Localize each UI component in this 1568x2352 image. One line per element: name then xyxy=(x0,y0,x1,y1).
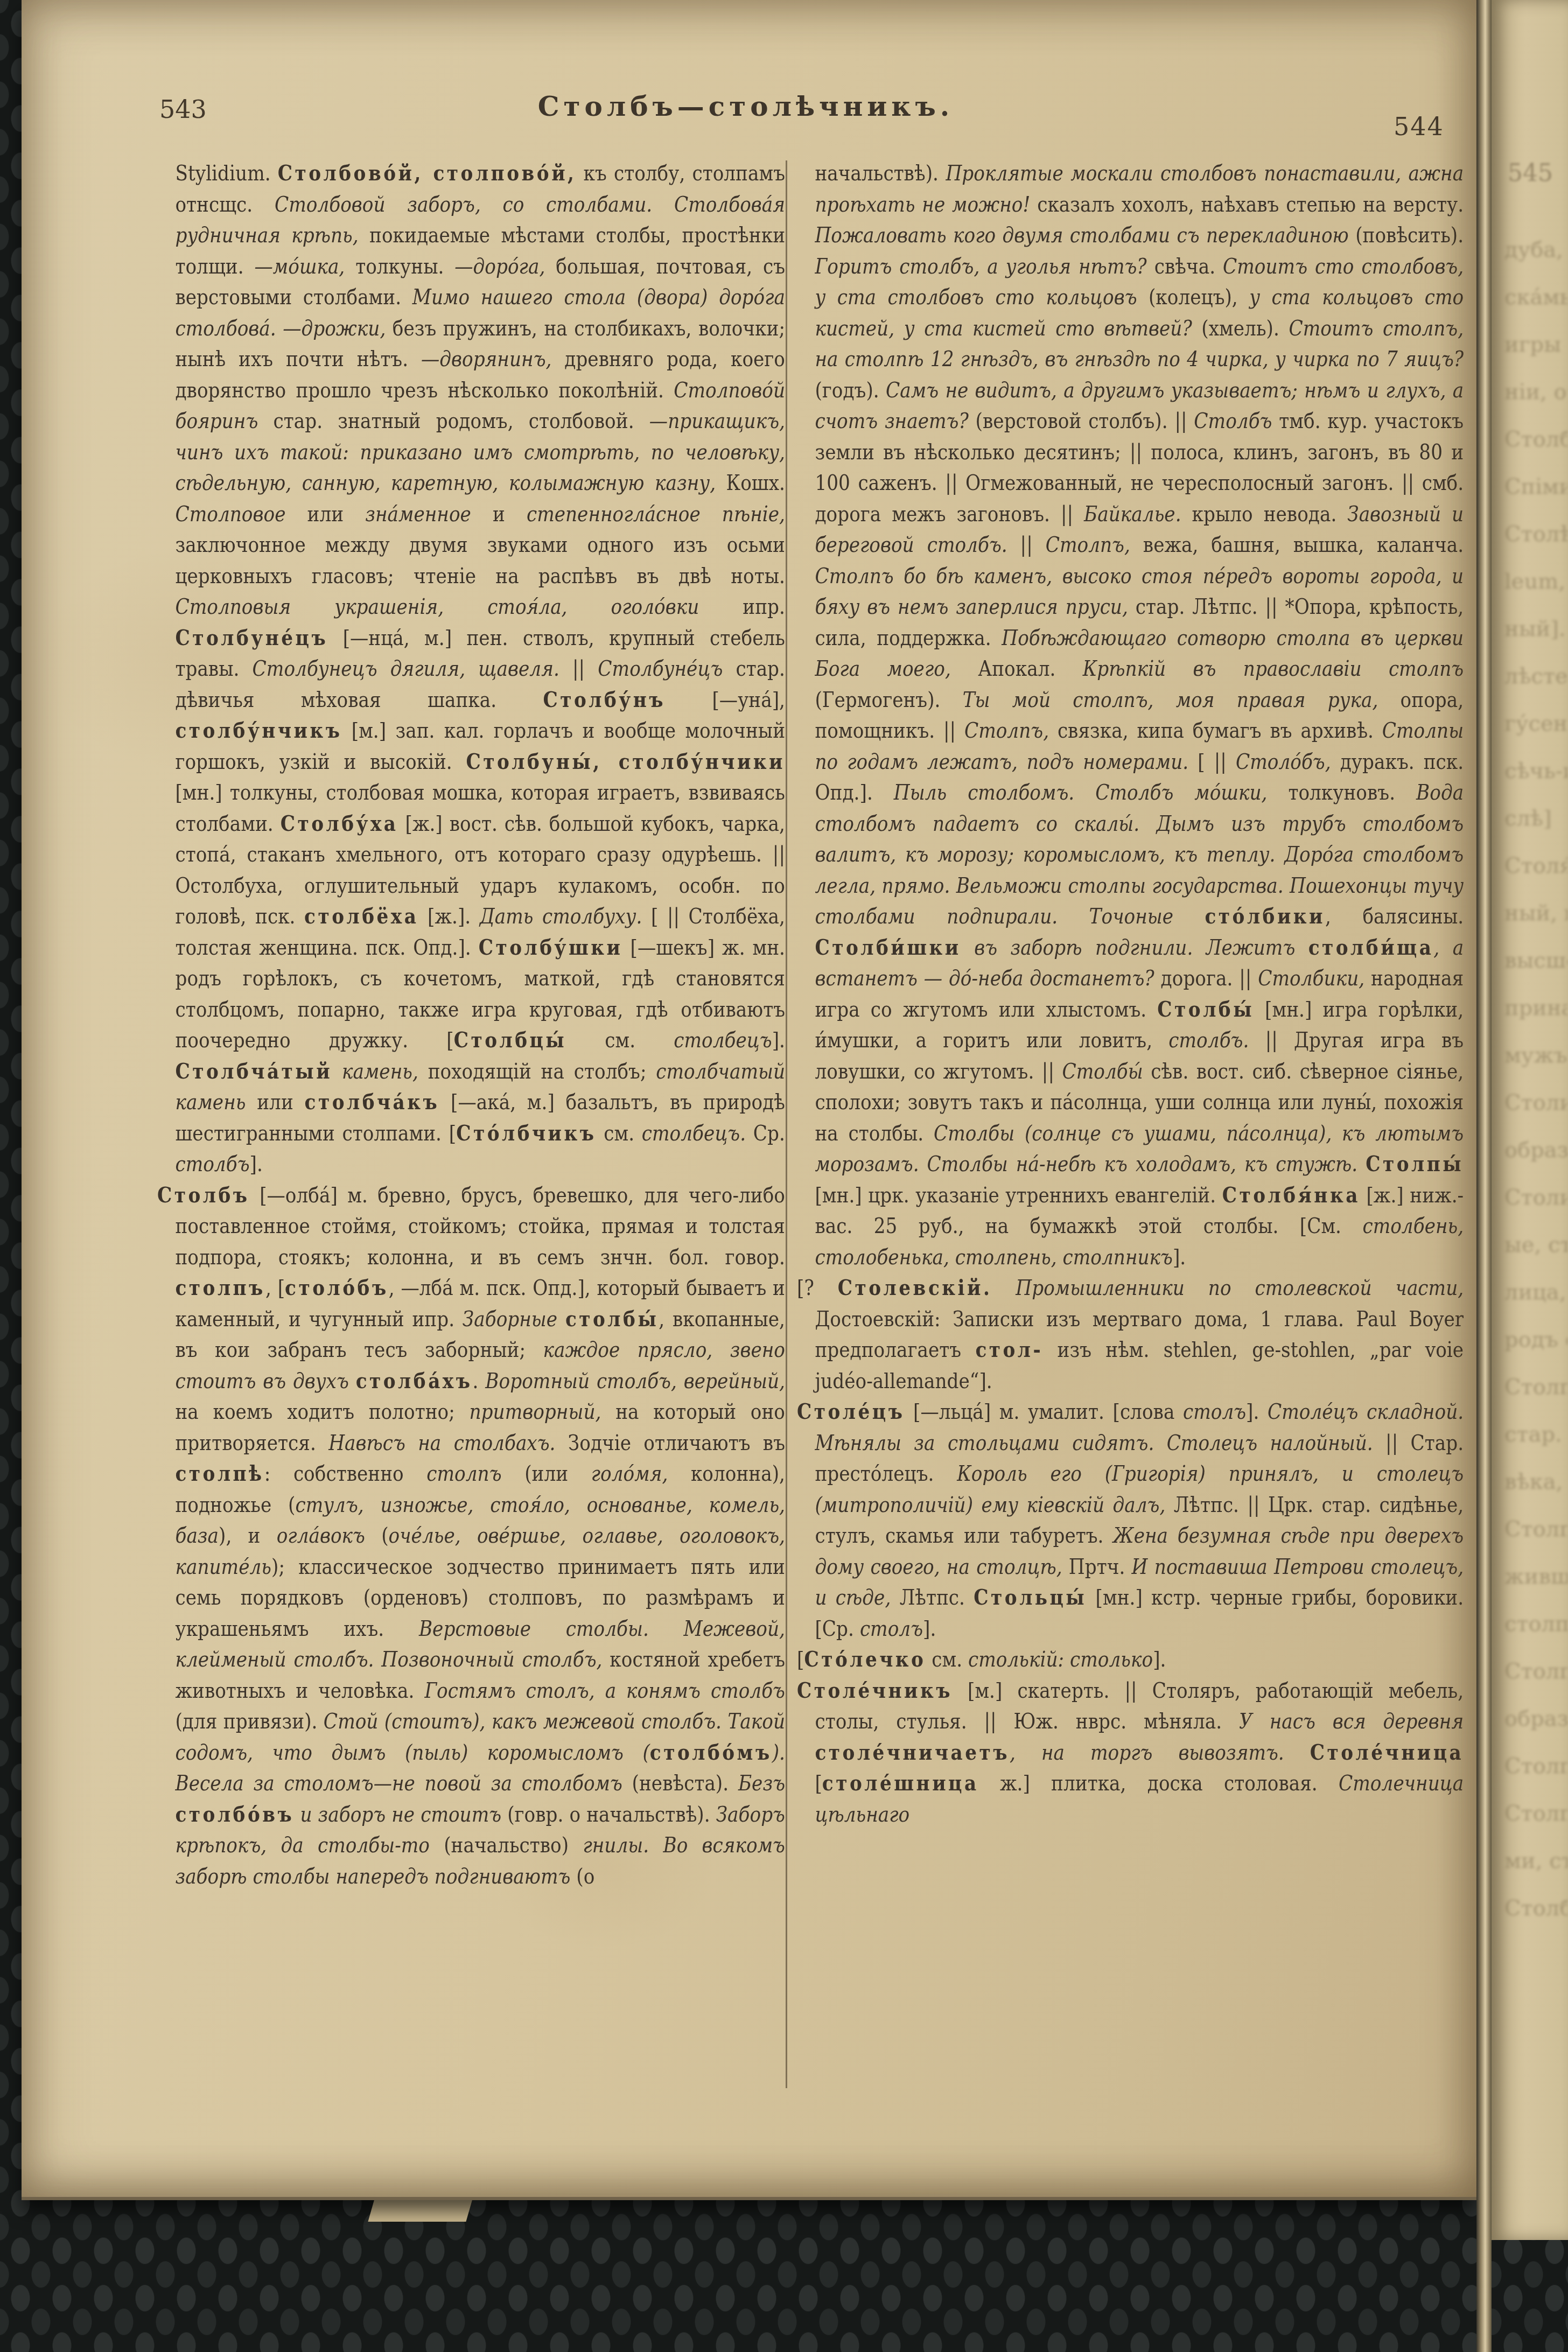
next-page-text-fragment: Столя́ша [ xyxy=(1504,842,1568,890)
text-run: (начальство) xyxy=(444,1833,583,1858)
text-run: Столбунецъ дягиля, щавеля. xyxy=(253,657,572,681)
text-run: Столбча́тый xyxy=(175,1059,332,1084)
text-run: Крѣпкій въ православіи столпъ xyxy=(1083,657,1464,681)
next-page-text-fragment: Столп xyxy=(1504,1790,1568,1837)
text-run: ). xyxy=(772,1741,785,1765)
text-run: —дворянинъ, xyxy=(421,347,564,372)
next-page-text-fragment: Столбкій с xyxy=(1504,416,1568,463)
text-run: свѣча. xyxy=(1154,255,1223,279)
text-run: Столбу́нъ xyxy=(543,688,666,712)
text-run: [ж.]. xyxy=(418,905,479,929)
text-run: [ || xyxy=(1198,750,1236,774)
next-page-text-fragment: игры жре xyxy=(1504,321,1568,368)
text-run: (для привязи). xyxy=(175,1710,323,1734)
text-run: стар. знатный родомъ, столбовой. xyxy=(274,409,649,433)
text-run: Сто́лечко xyxy=(804,1647,926,1672)
text-run: заключонное между двумя звуками одного и… xyxy=(175,533,785,589)
left-text-column: Stylidium. Столбово́й, столпово́й, къ ст… xyxy=(157,158,785,2145)
text-run: Воротный столбъ, верейный, xyxy=(485,1369,785,1394)
text-run: [—льца́] м. умалит. [слова xyxy=(905,1400,1183,1424)
text-run: Столповыя украшенія, стоя́ла, оголо́вки xyxy=(175,595,743,619)
text-run: сказалъ хохолъ, наѣхавъ степью на версту… xyxy=(1037,193,1464,217)
text-run: (о xyxy=(576,1865,594,1889)
text-run: на коемъ ходитъ полотно; xyxy=(175,1400,469,1424)
text-run: Столбы́ xyxy=(1062,1060,1151,1084)
running-head-title: Столбъ—столѣчникъ. xyxy=(528,90,964,123)
next-page-text-fragment: Столпн xyxy=(1504,1506,1568,1553)
dictionary-paragraph: начальствѣ). Проклятые москали столбовъ … xyxy=(797,158,1464,1273)
text-run: столбо́въ xyxy=(175,1802,294,1827)
next-page-text-fragment: гу́сениц xyxy=(1504,700,1568,747)
text-run: столпъ xyxy=(175,1276,265,1300)
text-run: столби́ща xyxy=(1308,935,1434,960)
text-run: столбъ xyxy=(175,1152,249,1177)
dictionary-paragraph: Столе́чникъ [м.] скатерть. || Столяръ, р… xyxy=(797,1676,1464,1831)
text-run: толкуновъ. xyxy=(1288,781,1416,805)
text-run: столе́шница xyxy=(822,1771,979,1796)
text-run: Столповое xyxy=(175,502,307,527)
text-run: толкуны. xyxy=(355,255,454,279)
next-page-text-fragment: ые, сто xyxy=(1504,1221,1568,1269)
next-page-text-column: дуба, спска́мьи,игры жреніи, отдѣСтолбкі… xyxy=(1504,226,1568,1932)
text-run: [—уна́], xyxy=(666,688,785,712)
text-run: камень, xyxy=(342,1060,428,1084)
text-run: || xyxy=(572,657,598,681)
text-run: столбы́ xyxy=(565,1307,659,1332)
text-run: Столе́чникъ xyxy=(797,1678,953,1703)
next-page-text-fragment: Столпъ xyxy=(1504,1363,1568,1411)
text-run: ]. xyxy=(1246,1400,1268,1424)
text-run: Столе́чница xyxy=(1310,1740,1464,1765)
text-run: Весела за столомъ—не повой за столбомъ xyxy=(175,1772,632,1796)
text-run: (Гермогенъ). xyxy=(815,688,962,712)
text-run: столбу́нчикъ xyxy=(175,718,342,743)
next-page-text-fragment: вѣка, с xyxy=(1504,1458,1568,1506)
text-run: см. xyxy=(566,1028,674,1053)
text-run: Пртч. xyxy=(1069,1555,1132,1579)
page-stack-gutter-edge xyxy=(1476,0,1492,2352)
text-run: Столбу́ха xyxy=(281,811,398,836)
text-run: Stylidium. xyxy=(175,162,277,186)
text-run: Ср. xyxy=(753,1122,785,1146)
text-run: Навѣсъ на столбахъ. xyxy=(328,1431,568,1455)
text-run: Горитъ столбъ, а уголья нѣтъ? xyxy=(815,255,1154,279)
next-page-text-fragment: стар. у xyxy=(1504,1411,1568,1458)
right-text-column: начальствѣ). Проклятые москали столбовъ … xyxy=(797,158,1464,2145)
next-page-text-fragment: слѣ] xyxy=(1504,795,1568,842)
next-page-text-fragment: сѣчь-изв xyxy=(1504,747,1568,795)
text-run: степенногла́сное пѣніе, xyxy=(527,502,785,527)
next-page-text-fragment: Столѣстве xyxy=(1504,510,1568,558)
text-run: , на торгъ вывозятъ. xyxy=(1010,1741,1310,1765)
text-run: сто́лбики xyxy=(1205,904,1326,929)
text-run: (повѣсить). xyxy=(1355,223,1464,248)
text-run: связка, кипа бумагъ въ архивѣ. xyxy=(1058,719,1382,743)
text-run: ж.] плитка, доска столовая. xyxy=(979,1772,1339,1796)
text-run: [мн.] црк. указаніе утреннихъ евангелій. xyxy=(815,1184,1222,1208)
text-run: || xyxy=(1020,533,1046,557)
text-run: Столбцы́ xyxy=(454,1028,567,1053)
dictionary-paragraph: Столе́цъ [—льца́] м. умалит. [слова стол… xyxy=(797,1397,1464,1644)
dictionary-paragraph: Stylidium. Столбово́й, столпово́й, къ ст… xyxy=(157,158,785,1180)
text-run: столькій: столько xyxy=(968,1648,1153,1672)
next-page-text-fragment: Столичны xyxy=(1504,1079,1568,1126)
next-page-text-fragment: высшее пр xyxy=(1504,937,1568,984)
next-page-text-fragment: лѣстень xyxy=(1504,653,1568,700)
text-run: въ заборѣ подгнили. Лежитъ xyxy=(961,936,1308,960)
text-run: столпѣ xyxy=(175,1461,264,1486)
text-run: Столбики, xyxy=(1258,967,1371,991)
text-run: голо́мя, xyxy=(591,1462,691,1486)
text-run: столбёха xyxy=(304,904,418,929)
text-run: огла́вокъ xyxy=(277,1524,382,1548)
dictionary-paragraph: [Сто́лечко см. столькій: столько]. xyxy=(797,1644,1464,1676)
text-run: притворный, xyxy=(470,1400,616,1424)
text-run: [? xyxy=(797,1276,838,1300)
next-page-text-fragment: Столичн xyxy=(1504,1174,1568,1221)
text-run: столпъ xyxy=(426,1462,524,1486)
text-run: Пыль столбомъ. Столбъ мо́шки, xyxy=(894,781,1289,805)
text-run: Пожаловать кого двумя столбами съ перекл… xyxy=(815,223,1355,248)
dictionary-paragraph: [? Столевскій. Промышленники по столевск… xyxy=(797,1273,1464,1397)
text-run: см. xyxy=(597,1122,642,1146)
text-run: ( xyxy=(381,1524,388,1548)
text-run: зна́менное xyxy=(365,502,493,527)
text-run: Зодчіе отличаютъ въ xyxy=(568,1431,785,1455)
book-page: 543 Столбъ—столѣчникъ. 544 Stylidium. Ст… xyxy=(22,0,1476,2200)
text-run: Столбуне́цъ xyxy=(598,657,736,681)
next-page-text-fragment: принадле xyxy=(1504,984,1568,1032)
text-run xyxy=(992,1276,1016,1300)
text-run: столо́бъ xyxy=(285,1276,389,1300)
text-run: [ xyxy=(797,1648,804,1672)
column-divider-rule xyxy=(786,160,787,2088)
text-run: Сто́лбчикъ xyxy=(456,1121,596,1146)
next-page-text-fragment: ный, перв xyxy=(1504,890,1568,937)
next-page-text-fragment: ніи, отдѣ xyxy=(1504,368,1568,416)
text-run: (верстовой столбъ). || xyxy=(976,409,1194,433)
text-run: Стольцы́ xyxy=(974,1585,1087,1610)
text-run: [ xyxy=(815,1772,822,1796)
text-run: стол- xyxy=(975,1338,1043,1362)
text-run: (или xyxy=(524,1462,591,1486)
text-run: Столо́бъ, xyxy=(1236,750,1340,774)
next-page-text-fragment: Столб xyxy=(1504,1885,1568,1932)
text-run: Лѣтпс. xyxy=(900,1586,974,1610)
text-run: столбецъ xyxy=(674,1028,772,1053)
next-page-text-fragment: ска́мьи, xyxy=(1504,274,1568,321)
text-run: столба́хъ xyxy=(356,1369,473,1394)
text-run: Столби́шки xyxy=(815,935,961,960)
text-run: Столпы́ xyxy=(1366,1152,1464,1177)
text-run: Безъ xyxy=(738,1772,785,1796)
next-page-text-fragment: Столпц xyxy=(1504,1742,1568,1790)
text-run: Байкалье. xyxy=(1084,502,1192,527)
text-run: , балясины. xyxy=(1325,905,1464,929)
text-run: (говр. о начальствѣ). xyxy=(507,1803,716,1827)
text-run: Промышленники по столевской части, xyxy=(1016,1276,1464,1300)
text-run: Столпъ, xyxy=(1046,533,1143,557)
text-run: дорога. || xyxy=(1161,967,1258,991)
next-page-text-fragment: ми, ст xyxy=(1504,1837,1568,1885)
text-run: Ты мой столпъ, моя правая рука, xyxy=(963,688,1401,712)
next-page-number: 545 xyxy=(1508,162,1553,185)
next-page-text-fragment: мужъ стол xyxy=(1504,1032,1568,1079)
text-run: Кошх. xyxy=(726,471,785,495)
text-run: У насъ вся деревня xyxy=(1239,1710,1464,1734)
text-run: Заборные xyxy=(463,1307,565,1332)
next-page-text-fragment: лица, г xyxy=(1504,1269,1568,1316)
text-run: (невѣста). xyxy=(632,1772,738,1796)
text-run: . xyxy=(473,1369,486,1394)
text-run: ), и xyxy=(219,1524,277,1548)
text-run: ]. xyxy=(250,1152,263,1177)
next-page-text-fragment: столпѣ xyxy=(1504,1600,1568,1648)
text-run: Апокал. xyxy=(978,657,1083,681)
text-run: [—олба́] м. бревно, брусъ, бревешко, для… xyxy=(175,1184,785,1270)
text-run: (хмель). xyxy=(1201,317,1289,341)
next-page-text-fragment: ный]. Сто xyxy=(1504,605,1568,653)
text-run: Столбъ xyxy=(1194,409,1279,433)
text-run: столбецъ. xyxy=(642,1122,753,1146)
text-run: ]. xyxy=(772,1028,785,1053)
text-run: Столбы́ xyxy=(1157,997,1254,1022)
page-number-right: 544 xyxy=(1394,114,1444,139)
text-run: Столе́цъ xyxy=(797,1399,905,1424)
text-run: Столбуне́цъ xyxy=(175,626,328,650)
next-page-edge: 545 дуба, спска́мьи,игры жреніи, отдѣСто… xyxy=(1492,0,1568,2240)
next-page-text-fragment: Столпо xyxy=(1504,1648,1568,1695)
text-run: или xyxy=(257,1090,304,1115)
next-page-text-fragment: дуба, сп xyxy=(1504,226,1568,274)
text-run: Столевскій. xyxy=(838,1276,992,1300)
text-run: Дать столбуху. xyxy=(480,905,651,929)
next-page-text-fragment: образн xyxy=(1504,1695,1568,1742)
text-run: Столпъ, xyxy=(964,719,1058,743)
text-run: столъ xyxy=(1183,1400,1246,1424)
text-run: столбча́къ xyxy=(305,1090,440,1115)
text-run: ипр. xyxy=(743,595,785,619)
text-run: ]. xyxy=(1153,1648,1166,1672)
text-run: см. xyxy=(926,1648,968,1672)
text-run: столбо́мъ xyxy=(650,1740,772,1765)
text-run: и заборъ не стоитъ xyxy=(294,1803,507,1827)
text-run: Столбъ xyxy=(157,1183,250,1208)
text-run: начальствѣ). xyxy=(815,162,946,186)
text-run: или xyxy=(307,502,366,527)
text-run: Столбуны́, столбу́нчики xyxy=(466,750,785,774)
text-run: ]. xyxy=(1173,1245,1186,1270)
next-page-text-fragment: leum, бре xyxy=(1504,558,1568,605)
text-run: вежа, башня, вышка, каланча. xyxy=(1143,533,1464,557)
dictionary-paragraph: Столбъ [—олба́] м. бревно, брусъ, бревеш… xyxy=(157,1180,785,1893)
text-run: —доро́га, xyxy=(454,255,556,279)
text-run: Столбово́й, столпово́й, xyxy=(278,161,577,186)
text-run: и xyxy=(493,502,527,527)
text-run: Столбу́шки xyxy=(479,935,623,960)
text-run: Столбя́нка xyxy=(1222,1183,1360,1208)
text-run: , [ xyxy=(265,1276,285,1300)
text-run: ]. xyxy=(923,1617,936,1641)
next-page-text-fragment: родъ ст xyxy=(1504,1316,1568,1363)
text-run: столбъ. xyxy=(1168,1028,1265,1053)
text-run: —мо́шка, xyxy=(254,255,355,279)
text-run: крыло невода. xyxy=(1192,502,1347,527)
paper-chip xyxy=(368,2197,473,2222)
text-run: (годъ). xyxy=(815,379,886,403)
text-run: походящій на столбъ; xyxy=(428,1060,656,1084)
text-run: Гостямъ столъ, а конямъ столбъ xyxy=(424,1679,785,1703)
next-page-text-fragment: жившій xyxy=(1504,1553,1568,1600)
text-run: (колецъ), xyxy=(1149,285,1249,310)
text-run: столе́чничаетъ xyxy=(815,1740,1010,1765)
next-page-text-fragment: Спімикъ с xyxy=(1504,463,1568,510)
next-page-text-fragment: образно, xyxy=(1504,1126,1568,1174)
text-run xyxy=(332,1060,342,1084)
page-number-left: 543 xyxy=(159,97,207,122)
text-run: : собственно xyxy=(264,1462,427,1486)
text-run: столъ xyxy=(860,1617,923,1641)
